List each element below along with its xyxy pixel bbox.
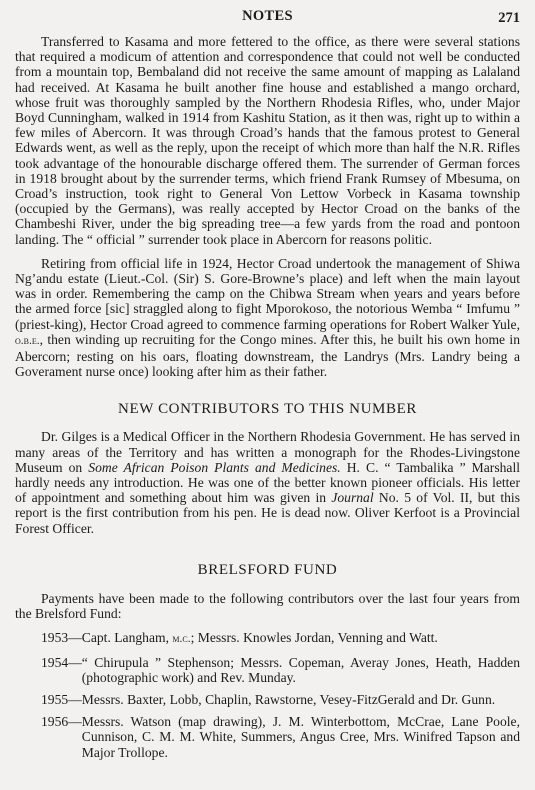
honour-abbrev: o.b.e. <box>15 335 40 347</box>
running-head: NOTES 271 <box>15 0 520 34</box>
text-run: ; Messrs. Knowles Jordan, Venning and Wa… <box>191 630 438 645</box>
paragraph-croad-kasama: Transferred to Kasama and more fettered … <box>15 34 520 247</box>
fund-year: 1956— <box>41 714 82 760</box>
page-number: 271 <box>498 10 520 27</box>
paragraph-fund-intro: Payments have been made to the following… <box>15 591 520 621</box>
text-run: , then winding up recruiting for the Con… <box>15 332 520 379</box>
page: NOTES 271 Transferred to Kasama and more… <box>15 0 520 767</box>
fund-list: 1953— Capt. Langham, m.c.; Messrs. Knowl… <box>15 630 520 759</box>
paragraph-croad-retirement: Retiring from official life in 1924, Hec… <box>15 256 520 380</box>
honour-abbrev: m.c. <box>172 633 190 645</box>
text-run: Retiring from official life in 1924, Hec… <box>15 256 520 332</box>
fund-year: 1954— <box>41 655 82 685</box>
text-run: Capt. Langham, <box>82 630 173 645</box>
fund-entry-1953: 1953— Capt. Langham, m.c.; Messrs. Knowl… <box>41 630 520 647</box>
section-heading-brelsford-fund: BRELSFORD FUND <box>15 562 520 579</box>
fund-entry-1955: 1955— Messrs. Baxter, Lobb, Chaplin, Raw… <box>41 692 520 707</box>
fund-year: 1953— <box>41 630 82 647</box>
fund-year: 1955— <box>41 692 82 707</box>
fund-entry-1954: 1954— “ Chirupula ” Stephenson; Messrs. … <box>41 655 520 685</box>
fund-entry-1956: 1956— Messrs. Watson (map drawing), J. M… <box>41 714 520 760</box>
running-title: NOTES <box>15 8 520 25</box>
paragraph-new-contributors: Dr. Gilges is a Medical Officer in the N… <box>15 429 520 535</box>
book-title: Some African Poison Plants and Medicines… <box>88 460 340 475</box>
fund-contributors: Messrs. Watson (map drawing), J. M. Wint… <box>82 714 520 760</box>
fund-contributors: Messrs. Baxter, Lobb, Chaplin, Rawstorne… <box>82 692 520 707</box>
fund-contributors: Capt. Langham, m.c.; Messrs. Knowles Jor… <box>82 630 520 647</box>
journal-title: Journal <box>331 490 373 505</box>
fund-contributors: “ Chirupula ” Stephenson; Messrs. Copema… <box>82 655 520 685</box>
section-heading-new-contributors: NEW CONTRIBUTORS TO THIS NUMBER <box>15 401 520 418</box>
